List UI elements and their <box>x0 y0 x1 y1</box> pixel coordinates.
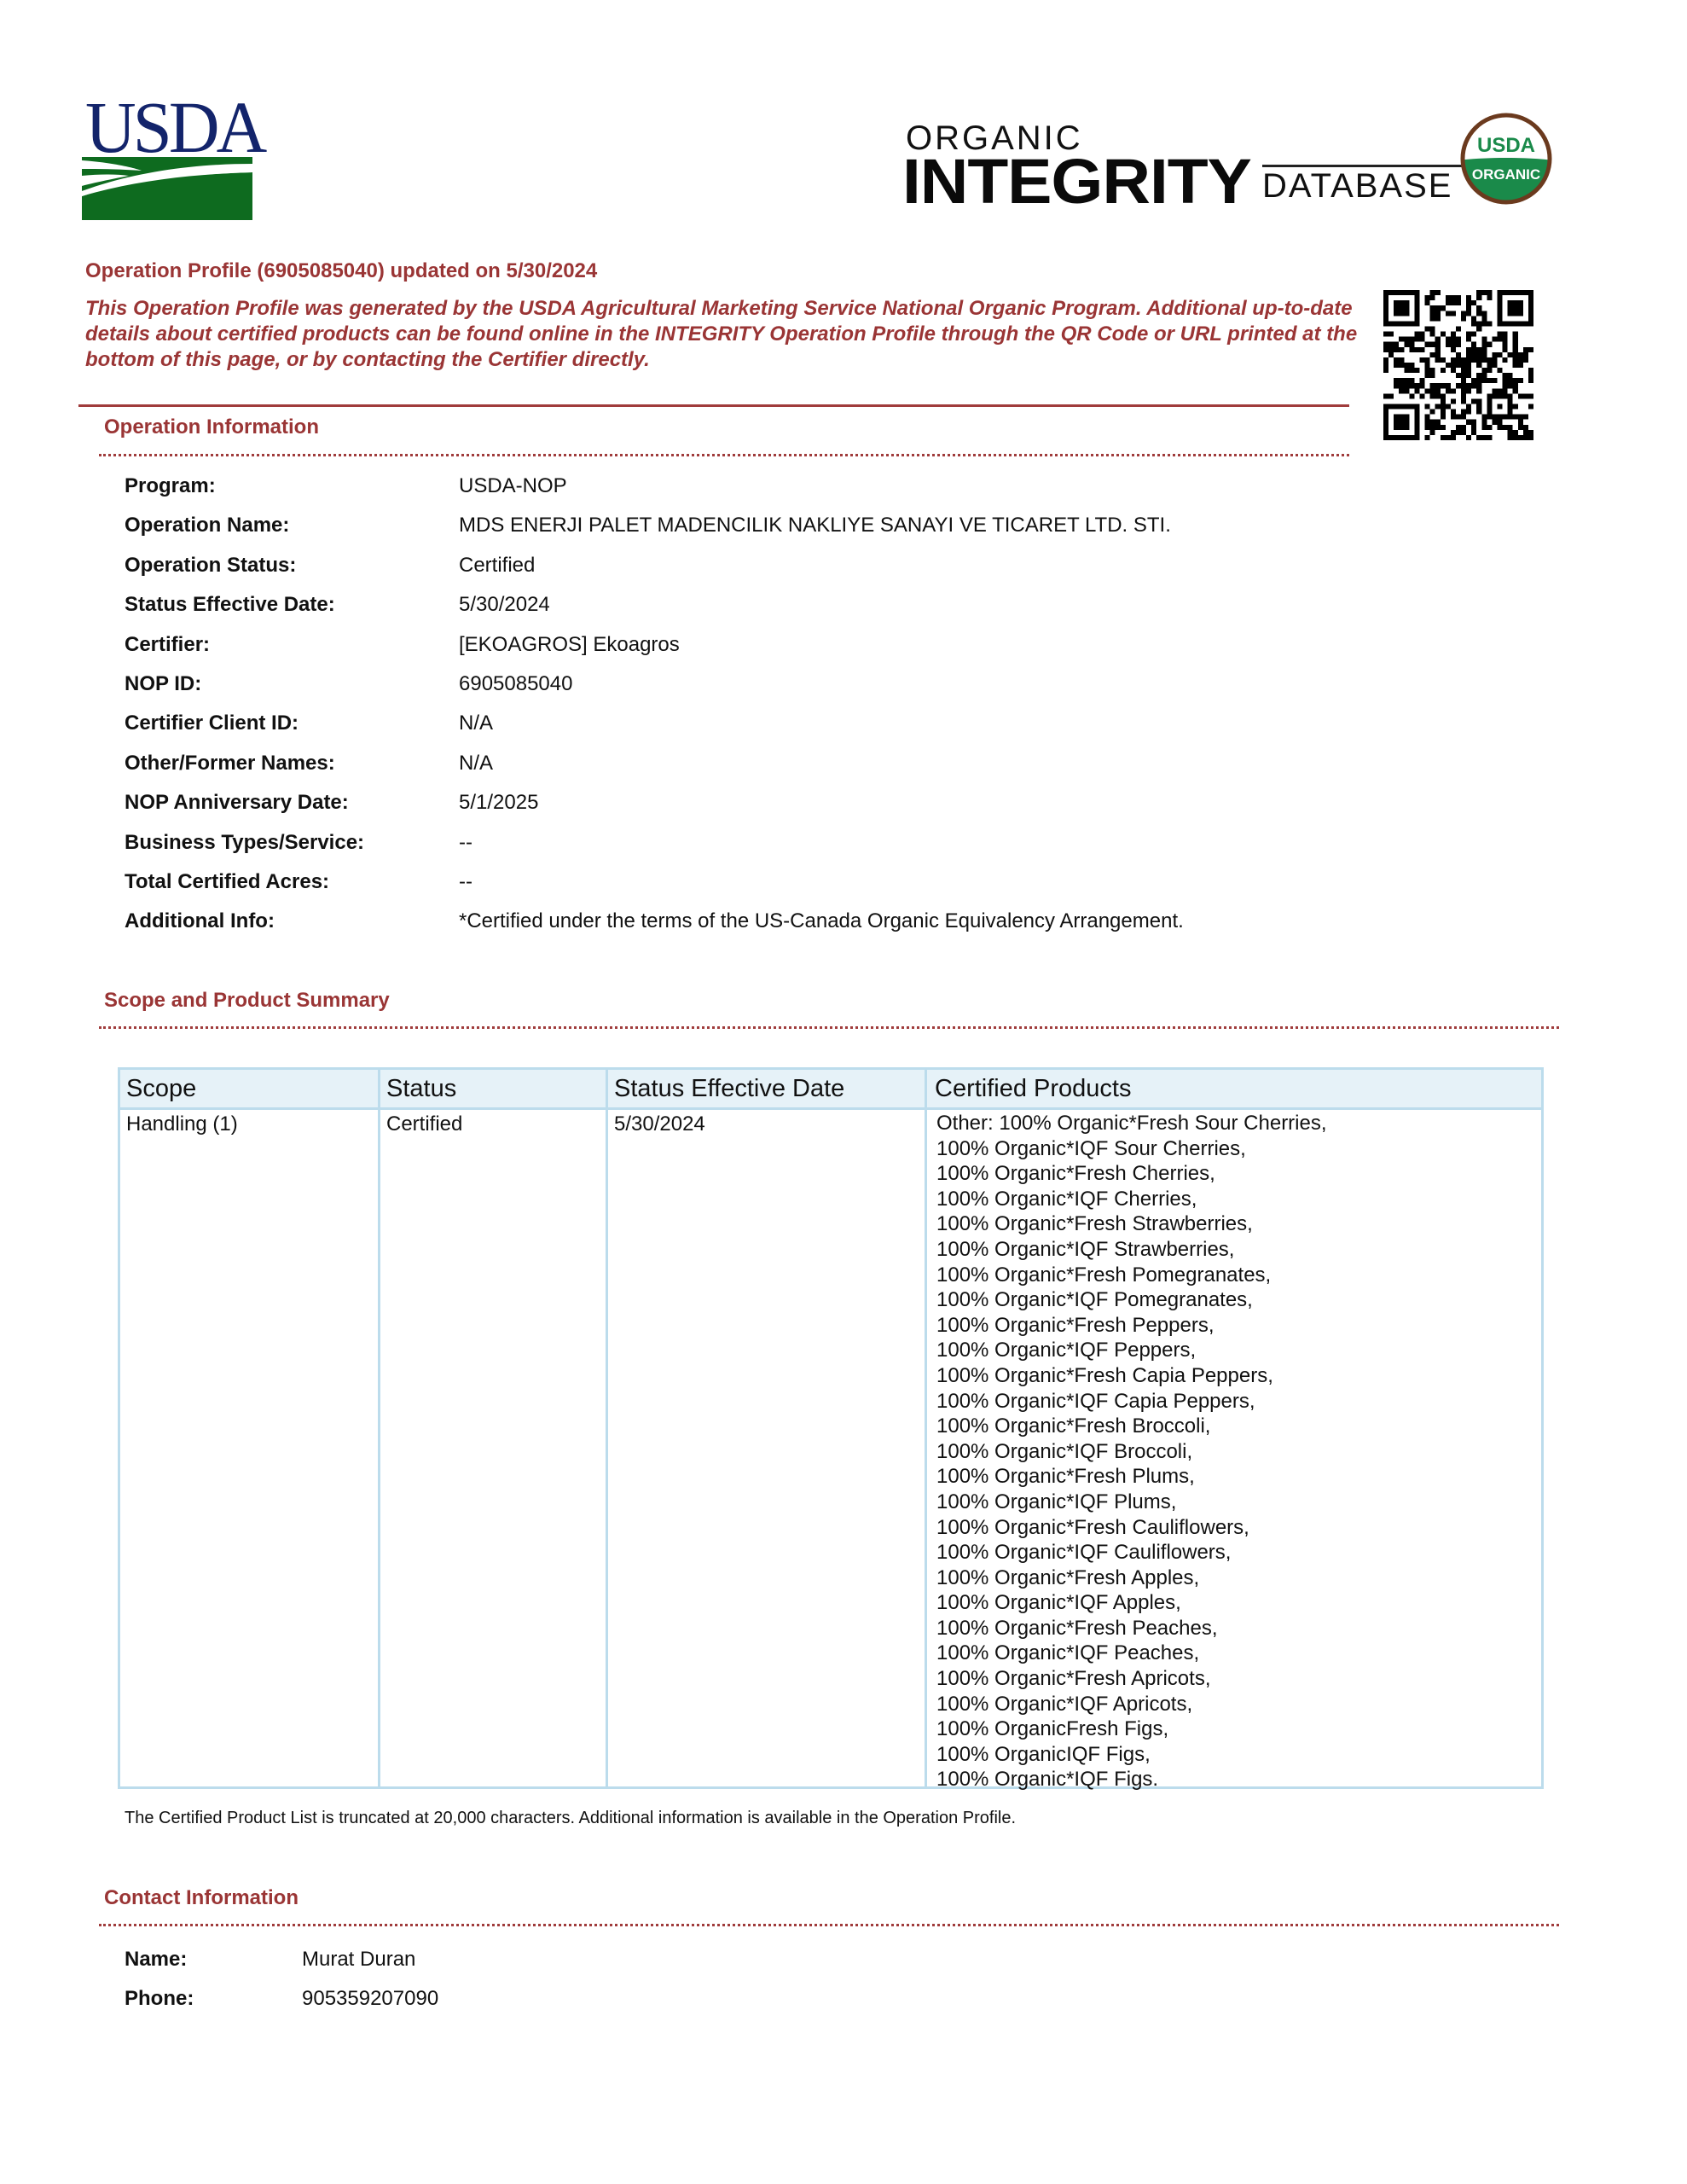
certified-product-item: 100% Organic*IQF Peaches, <box>936 1641 1327 1666</box>
label-nop-id: NOP ID: <box>125 672 201 696</box>
certified-product-item: 100% OrganicIQF Figs, <box>936 1742 1327 1768</box>
certified-product-item: 100% Organic*Fresh Cauliflowers, <box>936 1515 1327 1541</box>
logo-integrity-text: INTEGRITY <box>902 150 1251 213</box>
label-additional-info: Additional Info: <box>125 909 275 933</box>
value-program: USDA-NOP <box>459 474 567 498</box>
certified-product-item: 100% Organic*Fresh Strawberries, <box>936 1211 1327 1237</box>
certified-product-item: 100% Organic*Fresh Capia Peppers, <box>936 1363 1327 1389</box>
cell-effective-date: 5/30/2024 <box>614 1112 705 1136</box>
label-certifier: Certifier: <box>125 633 210 657</box>
certified-product-item: 100% Organic*Fresh Broccoli, <box>936 1414 1327 1439</box>
certified-products-list: Other: 100% Organic*Fresh Sour Cherries,… <box>936 1111 1327 1792</box>
certified-product-item: 100% Organic*Fresh Pomegranates, <box>936 1263 1327 1288</box>
column-separator <box>925 1070 927 1786</box>
value-certifier-client-id: N/A <box>459 712 493 735</box>
certified-product-item: 100% Organic*IQF Strawberries, <box>936 1237 1327 1263</box>
contact-value-name: Murat Duran <box>302 1948 415 1972</box>
organic-integrity-database-logo: ORGANIC INTEGRITY DATABASE USDA ORGANIC <box>896 111 1561 222</box>
certified-product-item: 100% Organic*IQF Capia Peppers, <box>936 1389 1327 1414</box>
contact-information-title: Contact Information <box>104 1886 299 1910</box>
label-other-former-names: Other/Former Names: <box>125 752 335 775</box>
usda-logo-text: USDA <box>85 90 249 164</box>
profile-description: This Operation Profile was generated by … <box>85 296 1365 373</box>
column-header-status: Status <box>386 1075 456 1103</box>
column-separator <box>378 1070 380 1786</box>
column-header-certified-products: Certified Products <box>935 1075 1132 1103</box>
scope-summary-title: Scope and Product Summary <box>104 989 390 1013</box>
column-header-scope: Scope <box>126 1075 196 1103</box>
usda-fields-icon <box>82 157 252 220</box>
label-nop-anniversary-date: NOP Anniversary Date: <box>125 791 349 815</box>
column-separator <box>606 1070 608 1786</box>
certified-product-item: 100% Organic*IQF Cauliflowers, <box>936 1540 1327 1565</box>
certified-product-item: 100% Organic*IQF Peppers, <box>936 1338 1327 1363</box>
certified-product-item: 100% Organic*IQF Broccoli, <box>936 1439 1327 1465</box>
certified-product-item: 100% Organic*Fresh Plums, <box>936 1464 1327 1490</box>
certified-product-item: 100% Organic*Fresh Apricots, <box>936 1666 1327 1692</box>
certified-product-item: 100% Organic*IQF Cherries, <box>936 1187 1327 1212</box>
value-nop-id: 6905085040 <box>459 672 572 696</box>
seal-bottom-text: ORGANIC <box>1472 166 1540 183</box>
label-certifier-client-id: Certifier Client ID: <box>125 712 299 735</box>
value-operation-name: MDS ENERJI PALET MADENCILIK NAKLIYE SANA… <box>459 514 1171 537</box>
scope-product-table: Scope Status Status Effective Date Certi… <box>118 1067 1544 1789</box>
value-certifier: [EKOAGROS] Ekoagros <box>459 633 680 657</box>
certified-product-item: 100% Organic*Fresh Peppers, <box>936 1313 1327 1339</box>
profile-title: Operation Profile (6905085040) updated o… <box>85 259 597 283</box>
value-business-types-service: -- <box>459 831 472 855</box>
contact-label-name: Name: <box>125 1948 187 1972</box>
certified-product-item: 100% Organic*Fresh Cherries, <box>936 1161 1327 1187</box>
label-total-certified-acres: Total Certified Acres: <box>125 870 329 894</box>
value-nop-anniversary-date: 5/1/2025 <box>459 791 538 815</box>
certified-product-item: 100% Organic*IQF Plums, <box>936 1490 1327 1515</box>
certified-product-item: 100% Organic*IQF Sour Cherries, <box>936 1136 1327 1162</box>
label-program: Program: <box>125 474 216 498</box>
label-status-effective-date: Status Effective Date: <box>125 593 335 617</box>
column-header-status-effective-date: Status Effective Date <box>614 1075 844 1103</box>
certified-product-item: 100% Organic*Fresh Peaches, <box>936 1616 1327 1641</box>
contact-value-phone: 905359207090 <box>302 1987 438 2011</box>
certified-product-item: Other: 100% Organic*Fresh Sour Cherries, <box>936 1111 1327 1136</box>
label-business-types-service: Business Types/Service: <box>125 831 364 855</box>
logo-database-text: DATABASE <box>1262 169 1452 203</box>
certified-product-item: 100% Organic*IQF Figs. <box>936 1767 1327 1792</box>
value-status-effective-date: 5/30/2024 <box>459 593 550 617</box>
certified-product-item: 100% Organic*IQF Pomegranates, <box>936 1287 1327 1313</box>
certified-product-item: 100% Organic*IQF Apricots, <box>936 1692 1327 1717</box>
certified-product-item: 100% OrganicFresh Figs, <box>936 1716 1327 1742</box>
dotted-divider <box>99 454 1349 456</box>
value-additional-info: *Certified under the terms of the US-Can… <box>459 909 1184 933</box>
label-operation-status: Operation Status: <box>125 554 296 578</box>
cell-scope: Handling (1) <box>126 1112 238 1136</box>
certified-product-item: 100% Organic*Fresh Apples, <box>936 1565 1327 1591</box>
usda-logo: USDA <box>82 99 252 220</box>
dotted-divider <box>99 1026 1559 1029</box>
certified-product-item: 100% Organic*IQF Apples, <box>936 1590 1327 1616</box>
contact-label-phone: Phone: <box>125 1987 194 2011</box>
value-other-former-names: N/A <box>459 752 493 775</box>
section-divider <box>78 404 1349 407</box>
qr-code-icon[interactable] <box>1383 290 1533 440</box>
usda-organic-seal-icon: USDA ORGANIC <box>1458 111 1554 206</box>
value-total-certified-acres: -- <box>459 870 472 894</box>
dotted-divider <box>99 1924 1559 1926</box>
seal-top-text: USDA <box>1477 134 1535 157</box>
value-operation-status: Certified <box>459 554 535 578</box>
cell-status: Certified <box>386 1112 462 1136</box>
operation-information-title: Operation Information <box>104 415 319 439</box>
label-operation-name: Operation Name: <box>125 514 289 537</box>
truncation-note: The Certified Product List is truncated … <box>125 1809 1016 1828</box>
